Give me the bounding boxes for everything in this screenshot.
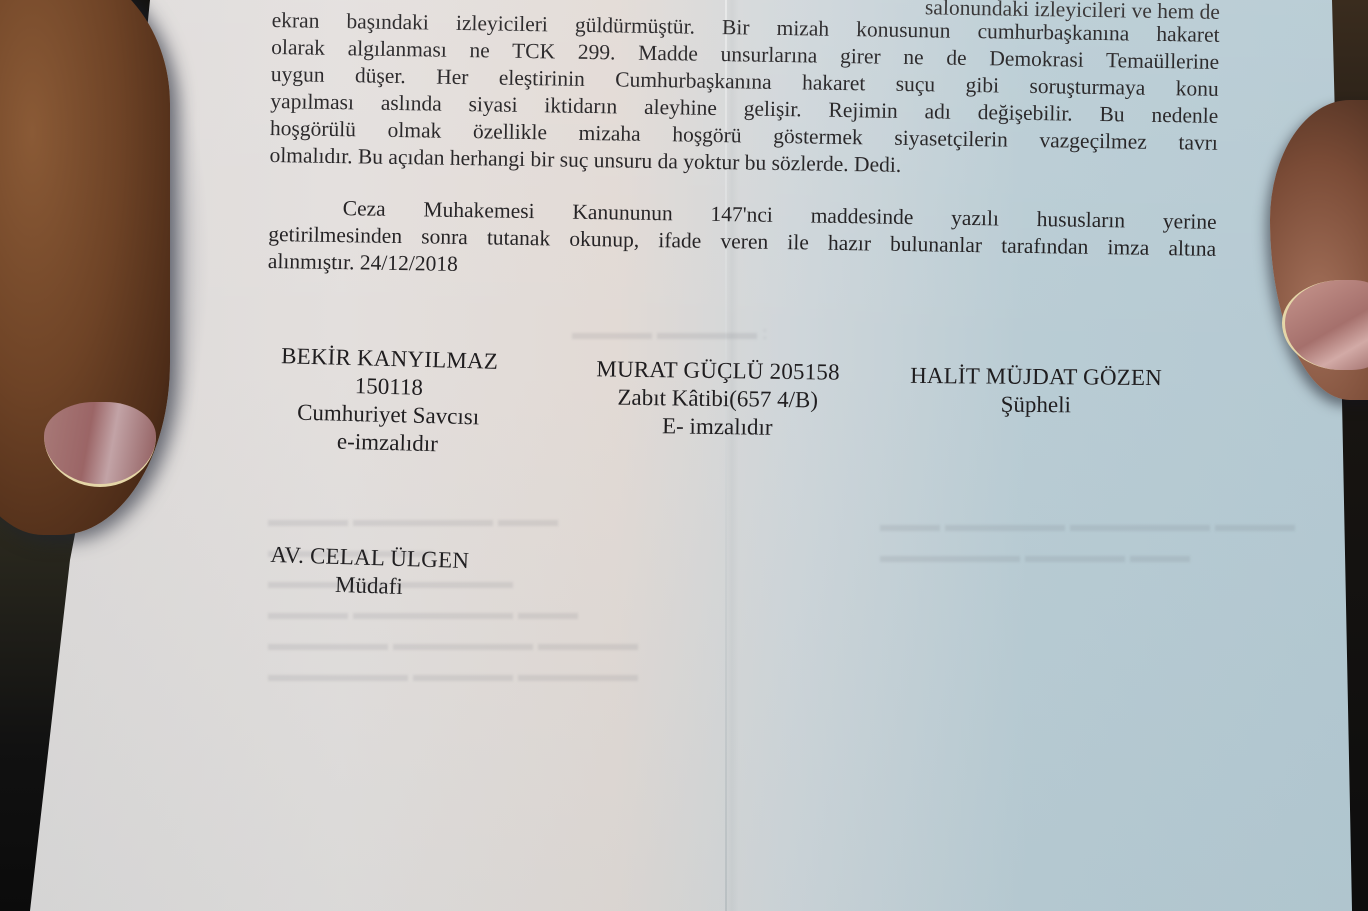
bleed-through-text: ▬▬▬ ▬▬▬▬▬▬ ▬▬▬▬▬▬▬ ▬▬▬▬▬▬▬▬▬▬▬ ▬▬▬▬▬ ▬▬▬ (880, 510, 1295, 572)
signatory-title: Cumhuriyet Savcısı (279, 398, 497, 432)
text-line: getirilmesinden sonra tutanak okunup, if… (268, 221, 1216, 263)
text-line: olarak algılanması ne TCK 299. Madde uns… (271, 34, 1219, 76)
signatory-title: Şüpheli (910, 390, 1162, 420)
paper-sheet: ▬▬▬▬ ▬▬▬▬▬ : ▬▬▬▬ ▬▬▬▬▬▬▬ ▬▬▬▬▬▬▬▬ ▬▬▬▬▬… (0, 0, 1368, 911)
signatory-title: Zabıt Kâtibi(657 4/B) (596, 383, 840, 414)
signature-block-clerk: MURAT GÜÇLÜ 205158 Zabıt Kâtibi(657 4/B)… (595, 355, 840, 442)
signatory-name: MURAT GÜÇLÜ 205158 (596, 355, 840, 386)
text-line: yapılması aslında siyasi iktidarın aleyh… (270, 88, 1218, 130)
paragraph-closing: Ceza Muhakemesi Kanununun 147'nci maddes… (268, 194, 1217, 290)
signature-block-defense: AV. CELAL ÜLGEN Müdafi (269, 541, 469, 603)
text-line: hoşgörülü olmak özellikle mizaha hoşgörü… (270, 115, 1218, 157)
text-line-cut-top: salonundaki izleyicileri ve hem de (272, 0, 1220, 26)
document-body: salonundaki izleyicileri ve hem de ekran… (268, 0, 1220, 290)
signatory-name: BEKİR KANYILMAZ (281, 342, 499, 376)
signatory-name: AV. CELAL ÜLGEN (270, 541, 470, 575)
text-line: olmalıdır. Bu açıdan herhangi bir suç un… (269, 142, 1217, 184)
signatory-title: Müdafi (269, 569, 469, 603)
signatory-esign: e-imzalıdır (279, 426, 497, 460)
signatory-esign: E- imzalıdır (595, 411, 839, 442)
paragraph-statement: ekran başındaki izleyicileri güldürmüştü… (269, 7, 1219, 184)
bleed-through-text: ▬▬▬▬ ▬▬▬▬▬▬▬ ▬▬▬▬▬▬▬▬ ▬▬▬▬▬▬▬▬▬ ▬▬▬▬▬▬▬▬… (268, 505, 638, 691)
signature-block-prosecutor: BEKİR KANYILMAZ 150118 Cumhuriyet Savcıs… (279, 342, 499, 460)
bleed-through-text: ▬▬▬▬ ▬▬▬▬▬ : (572, 318, 768, 349)
signature-block-suspect: HALİT MÜJDAT GÖZEN Şüpheli (910, 362, 1162, 420)
text-line: ekran başındaki izleyicileri güldürmüştü… (271, 7, 1219, 49)
text-line-date: alınmıştır. 24/12/2018 (268, 248, 1216, 290)
left-thumb (0, 0, 170, 535)
signatory-id: 150118 (280, 370, 498, 404)
signatory-name: HALİT MÜJDAT GÖZEN (910, 362, 1162, 392)
text-line: Ceza Muhakemesi Kanununun 147'nci maddes… (269, 194, 1217, 236)
text-line: uygun düşer. Her eleştirinin Cumhurbaşka… (271, 61, 1219, 103)
paper-fold-line (725, 0, 727, 911)
thumbnail-left (44, 402, 156, 487)
